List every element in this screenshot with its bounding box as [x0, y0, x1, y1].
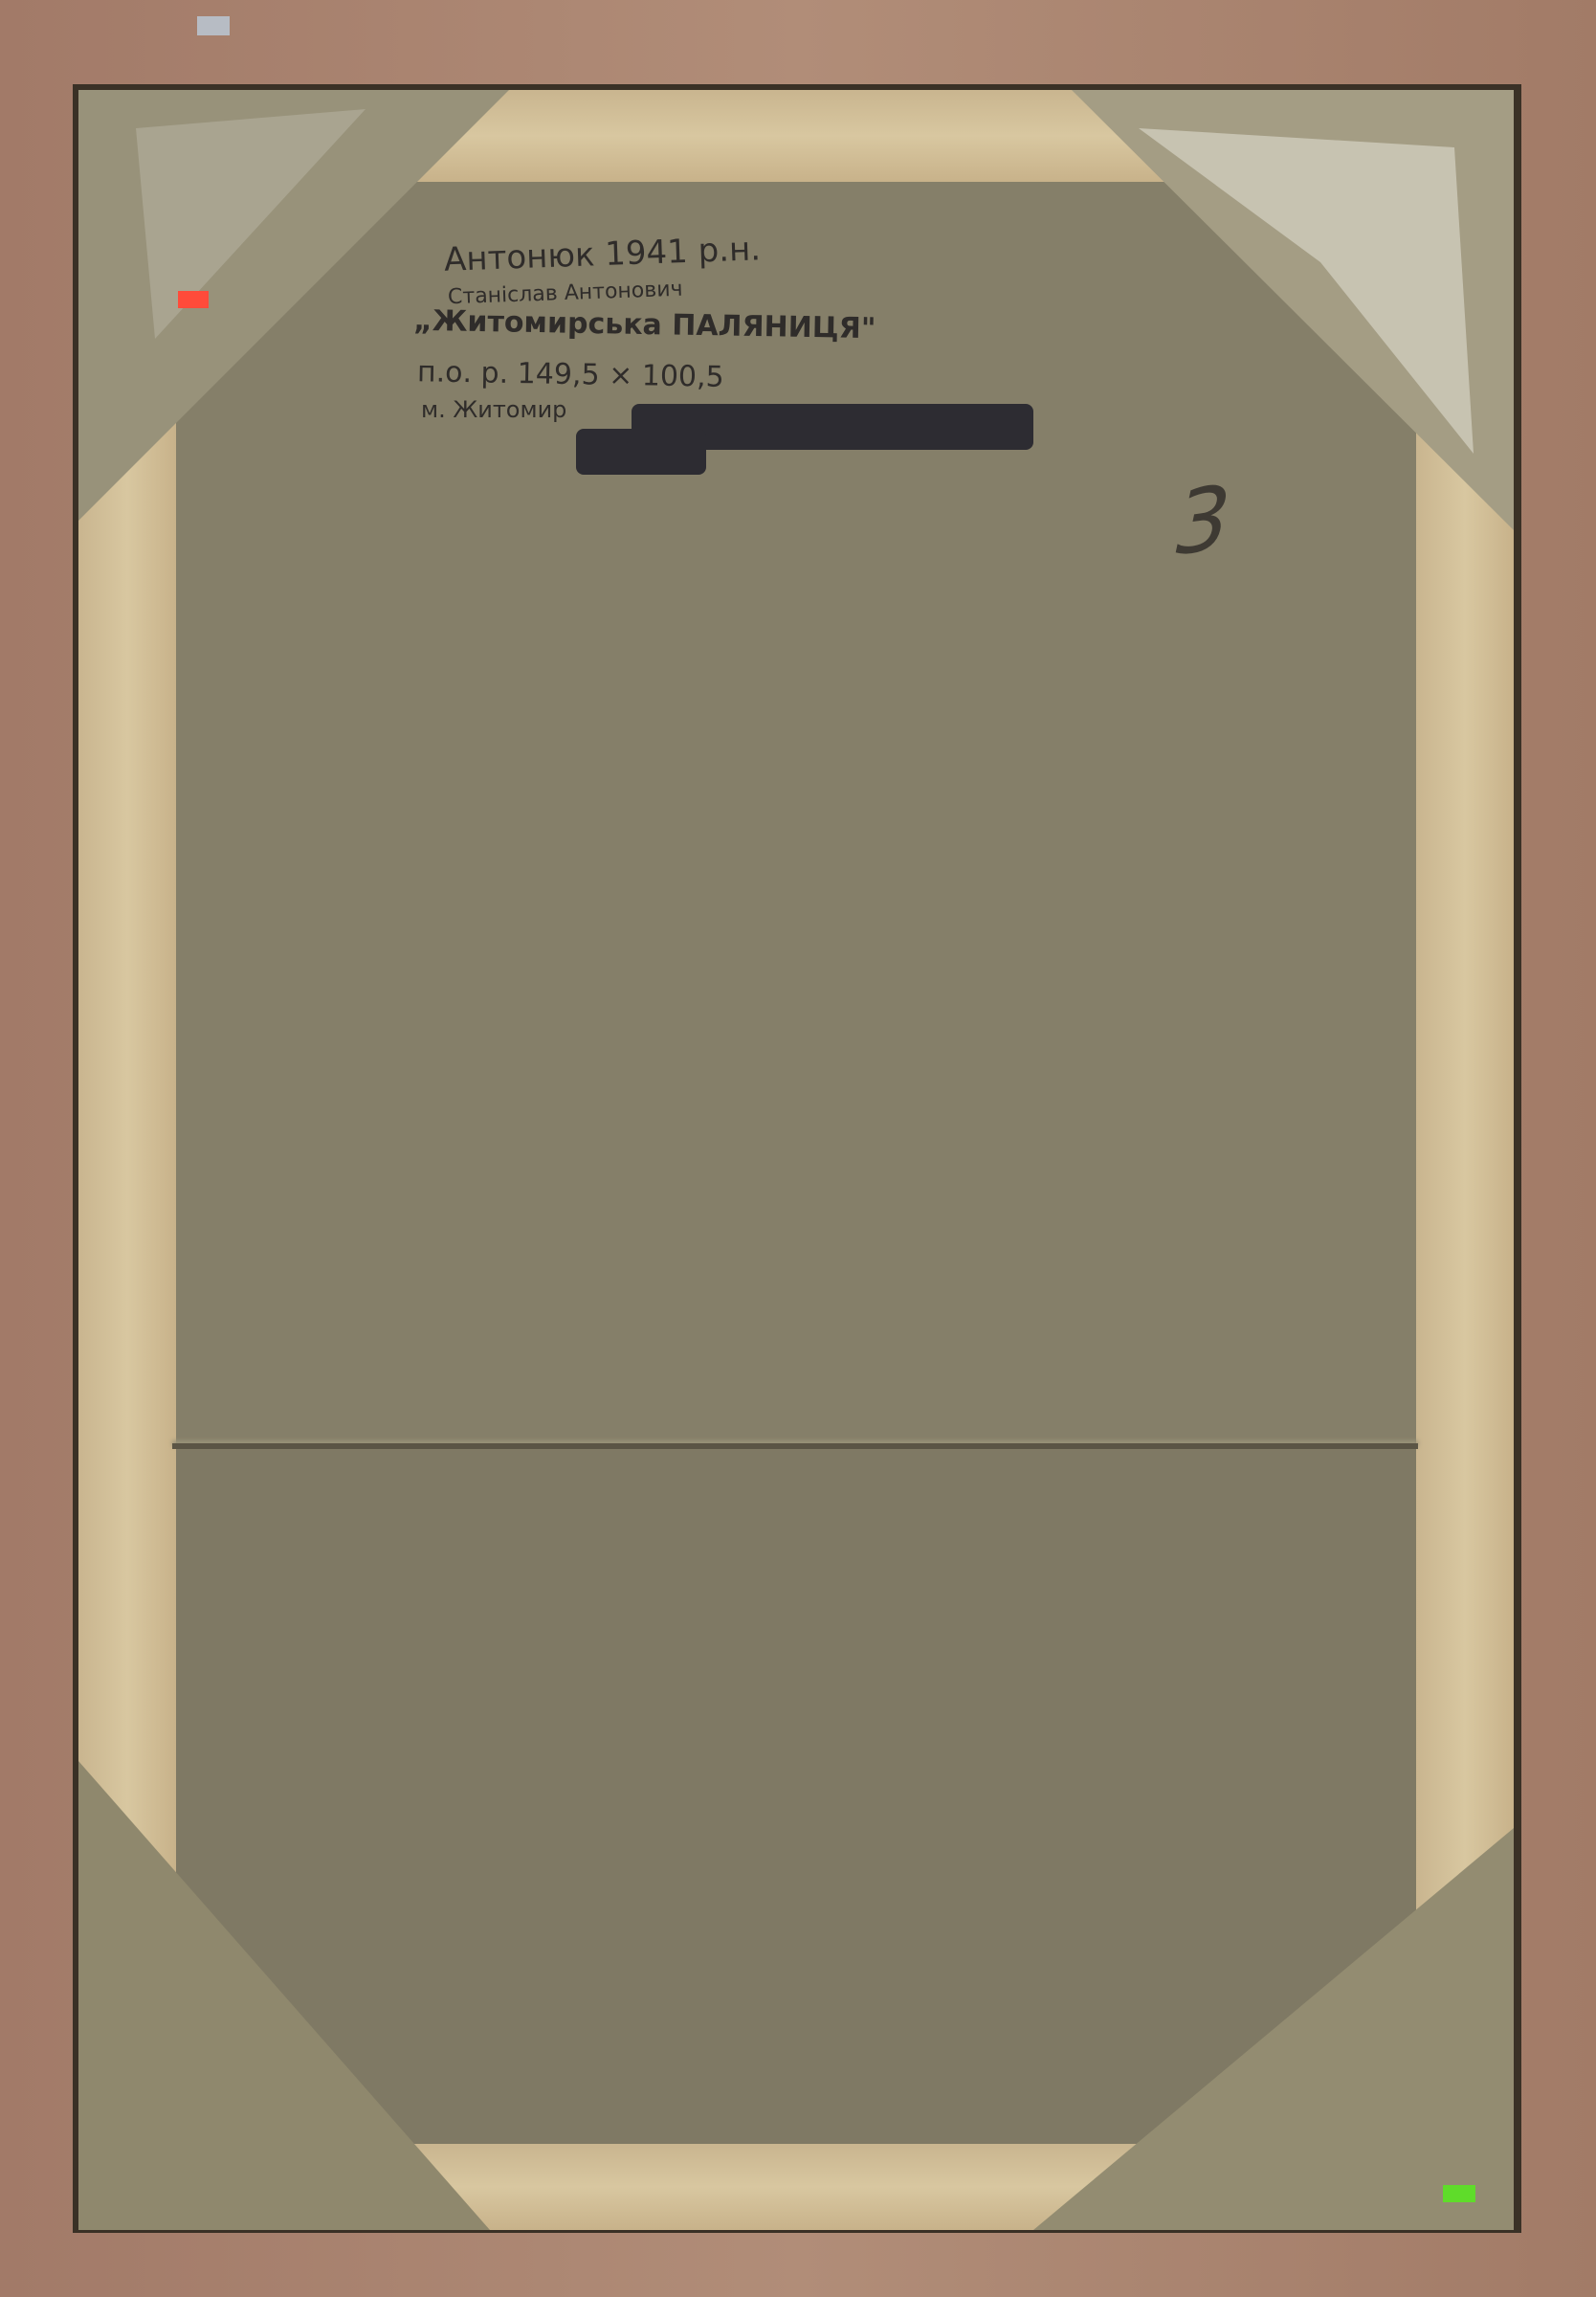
red-sticker	[178, 291, 209, 308]
corner-key-top-right	[1072, 90, 1514, 530]
corner-key-bottom-left	[78, 1761, 490, 2230]
inscription-dimensions: п.о. р. 149,5 × 100,5	[417, 355, 724, 394]
corner-key-bottom-right	[1033, 1828, 1514, 2230]
canvas-seam	[172, 1443, 1418, 1449]
inscription-city: м. Житомир	[421, 396, 566, 423]
paper-label	[197, 16, 230, 35]
redaction-bar-lower	[576, 429, 706, 475]
green-sticker	[1443, 2185, 1475, 2202]
